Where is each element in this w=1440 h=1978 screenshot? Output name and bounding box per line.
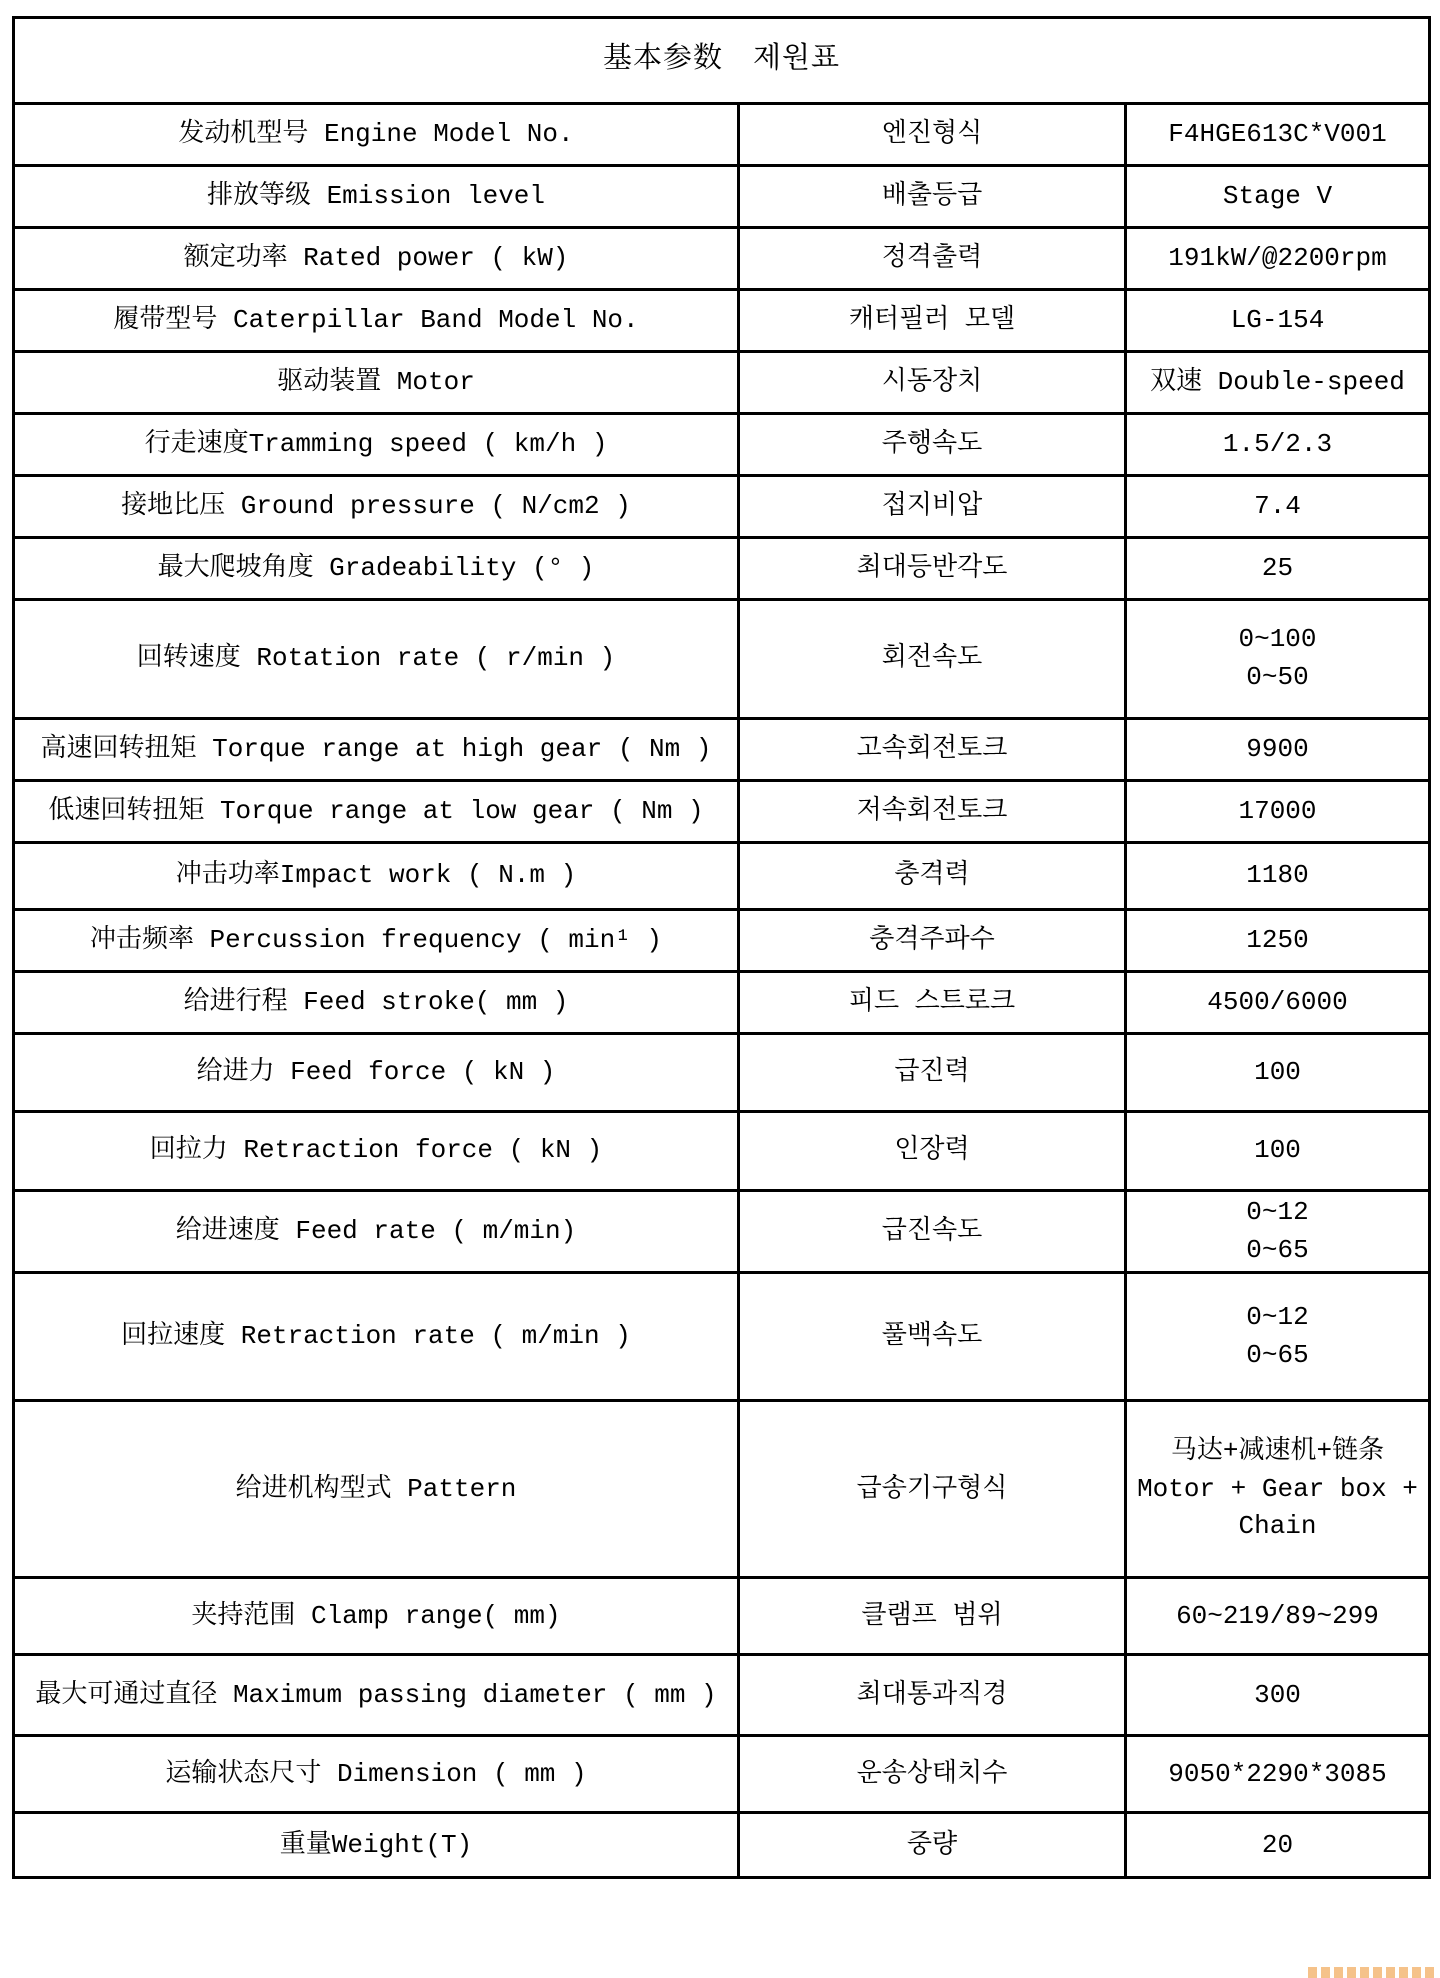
value-cell: 300 <box>1126 1655 1430 1736</box>
param-cell: 重量Weight(T) <box>14 1813 739 1878</box>
param-cell: 驱动装置 Motor <box>14 352 739 414</box>
spec-row: 行走速度Tramming speed ( km/h ) 주행속도 1.5/2.3 <box>14 414 1430 476</box>
spec-row: 回转速度 Rotation rate ( r/min ) 회전속도 0~100 … <box>14 600 1430 719</box>
korean-cell: 피드 스트로크 <box>739 972 1126 1034</box>
value-cell: 双速 Double-speed <box>1126 352 1430 414</box>
spec-row: 冲击功率Impact work ( N.m ) 충격력 1180 <box>14 843 1430 910</box>
value-cell: 0~100 0~50 <box>1126 600 1430 719</box>
param-cell: 给进力 Feed force ( kN ) <box>14 1034 739 1112</box>
param-cell: 给进机构型式 Pattern <box>14 1401 739 1578</box>
param-cell: 行走速度Tramming speed ( km/h ) <box>14 414 739 476</box>
value-cell: LG-154 <box>1126 290 1430 352</box>
value-cell: Stage V <box>1126 166 1430 228</box>
korean-cell: 최대등반각도 <box>739 538 1126 600</box>
param-cell: 接地比压 Ground pressure ( N/cm2 ) <box>14 476 739 538</box>
korean-cell: 배출등급 <box>739 166 1126 228</box>
param-cell: 冲击频率 Percussion frequency ( min¹ ) <box>14 910 739 972</box>
korean-cell: 인장력 <box>739 1112 1126 1191</box>
table-title: 基本参数 제원표 <box>14 18 1430 104</box>
spec-row: 运输状态尺寸 Dimension ( mm ) 운송상태치수 9050*2290… <box>14 1736 1430 1813</box>
spec-row: 低速回转扭矩 Torque range at low gear ( Nm ) 저… <box>14 781 1430 843</box>
param-cell: 额定功率 Rated power ( kW) <box>14 228 739 290</box>
value-cell: 100 <box>1126 1034 1430 1112</box>
korean-cell: 충격주파수 <box>739 910 1126 972</box>
param-cell: 排放等级 Emission level <box>14 166 739 228</box>
korean-cell: 저속회전토크 <box>739 781 1126 843</box>
spec-row: 回拉力 Retraction force ( kN ) 인장력 100 <box>14 1112 1430 1191</box>
korean-cell: 급진력 <box>739 1034 1126 1112</box>
value-cell: 25 <box>1126 538 1430 600</box>
param-cell: 给进行程 Feed stroke( mm ) <box>14 972 739 1034</box>
value-cell: 9050*2290*3085 <box>1126 1736 1430 1813</box>
korean-cell: 최대통과직경 <box>739 1655 1126 1736</box>
value-cell: 1.5/2.3 <box>1126 414 1430 476</box>
spec-row: 最大爬坡角度 Gradeability (° ) 최대등반각도 25 <box>14 538 1430 600</box>
value-cell: 马达+减速机+链条 Motor + Gear box + Chain <box>1126 1401 1430 1578</box>
spec-table: 基本参数 제원표 发动机型号 Engine Model No. 엔진형식 F4H… <box>12 16 1431 1879</box>
spec-row: 额定功率 Rated power ( kW) 정격출력 191kW/@2200r… <box>14 228 1430 290</box>
spec-row: 夹持范围 Clamp range( mm) 클램프 범위 60~219/89~2… <box>14 1578 1430 1655</box>
spec-row: 最大可通过直径 Maximum passing diameter ( mm ) … <box>14 1655 1430 1736</box>
value-cell: 1250 <box>1126 910 1430 972</box>
korean-cell: 주행속도 <box>739 414 1126 476</box>
param-cell: 回转速度 Rotation rate ( r/min ) <box>14 600 739 719</box>
table-title-row: 基本参数 제원표 <box>14 18 1430 104</box>
param-cell: 低速回转扭矩 Torque range at low gear ( Nm ) <box>14 781 739 843</box>
korean-cell: 고속회전토크 <box>739 719 1126 781</box>
spec-row: 给进行程 Feed stroke( mm ) 피드 스트로크 4500/6000 <box>14 972 1430 1034</box>
spec-row: 排放等级 Emission level 배출등급 Stage V <box>14 166 1430 228</box>
spec-row: 发动机型号 Engine Model No. 엔진형식 F4HGE613C*V0… <box>14 104 1430 166</box>
param-cell: 运输状态尺寸 Dimension ( mm ) <box>14 1736 739 1813</box>
value-cell: 191kW/@2200rpm <box>1126 228 1430 290</box>
value-cell: 7.4 <box>1126 476 1430 538</box>
param-cell: 夹持范围 Clamp range( mm) <box>14 1578 739 1655</box>
param-cell: 给进速度 Feed rate ( m/min) <box>14 1191 739 1273</box>
spec-row: 给进力 Feed force ( kN ) 급진력 100 <box>14 1034 1430 1112</box>
spec-row: 冲击频率 Percussion frequency ( min¹ ) 충격주파수… <box>14 910 1430 972</box>
param-cell: 最大爬坡角度 Gradeability (° ) <box>14 538 739 600</box>
param-cell: 高速回转扭矩 Torque range at high gear ( Nm ) <box>14 719 739 781</box>
spec-row: 回拉速度 Retraction rate ( m/min ) 풀백속도 0~12… <box>14 1273 1430 1401</box>
korean-cell: 캐터필러 모델 <box>739 290 1126 352</box>
spec-row: 履带型号 Caterpillar Band Model No. 캐터필러 모델 … <box>14 290 1430 352</box>
korean-cell: 급송기구형식 <box>739 1401 1126 1578</box>
param-cell: 回拉速度 Retraction rate ( m/min ) <box>14 1273 739 1401</box>
param-cell: 履带型号 Caterpillar Band Model No. <box>14 290 739 352</box>
korean-cell: 정격출력 <box>739 228 1126 290</box>
spec-table-body: 基本参数 제원표 发动机型号 Engine Model No. 엔진형식 F4H… <box>14 18 1430 1878</box>
spec-row: 给进机构型式 Pattern 급송기구형식 马达+减速机+链条 Motor + … <box>14 1401 1430 1578</box>
korean-cell: 중량 <box>739 1813 1126 1878</box>
value-cell: 17000 <box>1126 781 1430 843</box>
korean-cell: 운송상태치수 <box>739 1736 1126 1813</box>
value-cell: 4500/6000 <box>1126 972 1430 1034</box>
korean-cell: 엔진형식 <box>739 104 1126 166</box>
value-cell: 0~12 0~65 <box>1126 1191 1430 1273</box>
param-cell: 发动机型号 Engine Model No. <box>14 104 739 166</box>
spec-row: 接地比压 Ground pressure ( N/cm2 ) 접지비압 7.4 <box>14 476 1430 538</box>
value-cell: 1180 <box>1126 843 1430 910</box>
korean-cell: 풀백속도 <box>739 1273 1126 1401</box>
korean-cell: 클램프 범위 <box>739 1578 1126 1655</box>
value-cell: 9900 <box>1126 719 1430 781</box>
korean-cell: 시동장치 <box>739 352 1126 414</box>
korean-cell: 회전속도 <box>739 600 1126 719</box>
watermark-fragment <box>1308 1967 1438 1978</box>
param-cell: 回拉力 Retraction force ( kN ) <box>14 1112 739 1191</box>
spec-row: 重量Weight(T) 중량 20 <box>14 1813 1430 1878</box>
value-cell: 100 <box>1126 1112 1430 1191</box>
value-cell: F4HGE613C*V001 <box>1126 104 1430 166</box>
spec-row: 给进速度 Feed rate ( m/min) 급진속도 0~12 0~65 <box>14 1191 1430 1273</box>
spec-row: 驱动装置 Motor 시동장치 双速 Double-speed <box>14 352 1430 414</box>
korean-cell: 급진속도 <box>739 1191 1126 1273</box>
param-cell: 最大可通过直径 Maximum passing diameter ( mm ) <box>14 1655 739 1736</box>
value-cell: 0~12 0~65 <box>1126 1273 1430 1401</box>
value-cell: 20 <box>1126 1813 1430 1878</box>
spec-row: 高速回转扭矩 Torque range at high gear ( Nm ) … <box>14 719 1430 781</box>
param-cell: 冲击功率Impact work ( N.m ) <box>14 843 739 910</box>
korean-cell: 충격력 <box>739 843 1126 910</box>
korean-cell: 접지비압 <box>739 476 1126 538</box>
value-cell: 60~219/89~299 <box>1126 1578 1430 1655</box>
